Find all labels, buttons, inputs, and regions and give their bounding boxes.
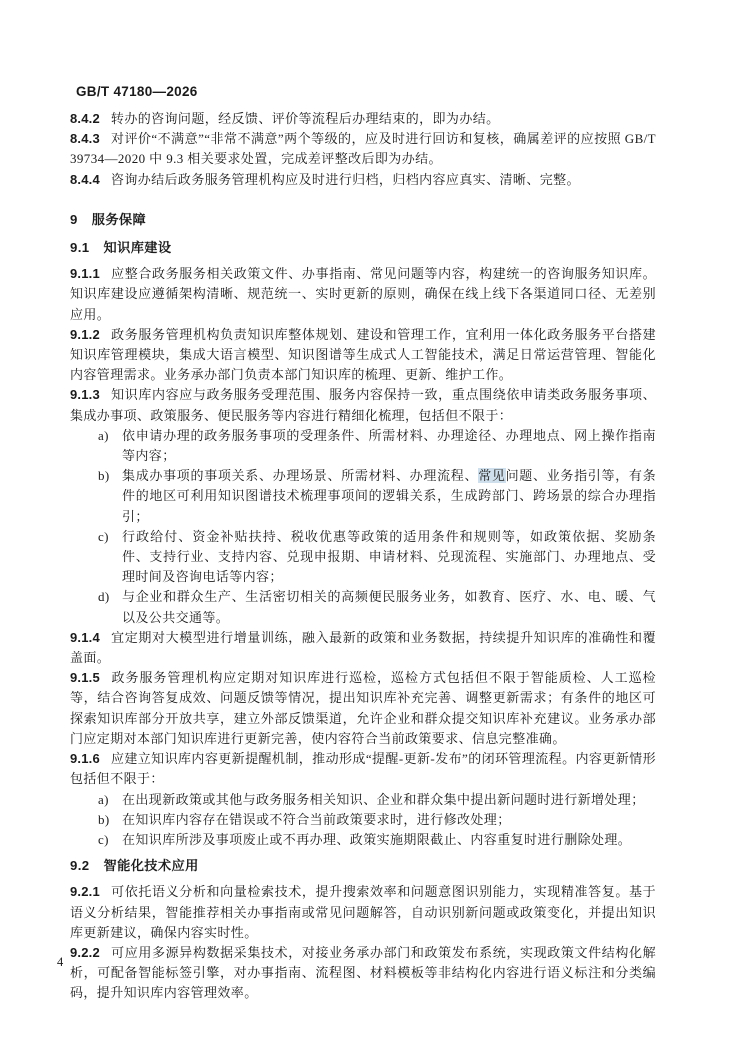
clause-9-1-1: 9.1.1应整合政务服务相关政策文件、办事指南、常见问题等内容，构建统一的咨询服…	[70, 264, 656, 325]
clause-number: 9.1.4	[70, 630, 100, 645]
list-item-9-1-3-b: b) 集成办事项的事项关系、办理场景、所需材料、办理流程、常见问题、业务指引等，…	[70, 466, 656, 527]
list-marker: d)	[98, 587, 122, 627]
clause-text: 咨询办结后政务服务管理机构应及时进行归档，归档内容应真实、清晰、完整。	[111, 172, 580, 187]
list-item-text: 集成办事项的事项关系、办理场景、所需材料、办理流程、常见问题、业务指引等，有条件…	[122, 466, 656, 527]
clause-9-1-5: 9.1.5政务服务管理机构应定期对知识库进行巡检，巡检方式包括但不限于智能质检、…	[70, 668, 656, 749]
clause-text: 应整合政务服务相关政策文件、办事指南、常见问题等内容，构建统一的咨询服务知识库。…	[70, 266, 656, 321]
list-item-9-1-3-d: d) 与企业和群众生产、生活密切相关的高频便民服务业务，如教育、医疗、水、电、暖…	[70, 587, 656, 627]
section-title: 服务保障	[92, 212, 146, 227]
clause-text: 宜定期对大模型进行增量训练，融入最新的政策和业务数据，持续提升知识库的准确性和覆…	[70, 630, 656, 665]
clause-number: 9.2.2	[70, 945, 100, 960]
list-item-9-1-3-a: a) 依申请办理的政务服务事项的受理条件、所需材料、办理途径、办理地点、网上操作…	[70, 426, 656, 466]
list-item-text: 行政给付、资金补贴扶持、税收优惠等政策的适用条件和规则等，如政策依据、奖励条件、…	[122, 527, 656, 588]
clause-text: 转办的咨询问题，经反馈、评价等流程后办理结束的，即为办结。	[111, 111, 500, 126]
list-marker: c)	[98, 830, 122, 850]
clause-9-1-4: 9.1.4宜定期对大模型进行增量训练，融入最新的政策和业务数据，持续提升知识库的…	[70, 628, 656, 668]
clause-number: 9.1.3	[70, 387, 100, 402]
clause-text: 政务服务管理机构应定期对知识库进行巡检，巡检方式包括但不限于智能质检、人工巡检等…	[70, 670, 656, 746]
clause-9-2-2: 9.2.2可应用多源异构数据采集技术，对接业务承办部门和政策发布系统，实现政策文…	[70, 943, 656, 1004]
clause-number: 9.1.5	[70, 670, 100, 685]
page-content: 8.4.2转办的咨询问题，经反馈、评价等流程后办理结束的，即为办结。 8.4.3…	[70, 109, 656, 1004]
list-marker: c)	[98, 527, 122, 588]
list-item-text-pre: 集成办事项的事项关系、办理场景、所需材料、办理流程、	[122, 468, 478, 483]
section-number: 9	[70, 212, 78, 227]
clause-number: 8.4.2	[70, 111, 100, 126]
clause-9-1-2: 9.1.2政务服务管理机构负责知识库整体规划、建设和管理工作，宜利用一体化政务服…	[70, 325, 656, 386]
section-heading-9-2: 9.2智能化技术应用	[70, 856, 656, 876]
clause-number: 9.1.6	[70, 751, 100, 766]
section-number: 9.2	[70, 858, 90, 873]
list-item-text: 与企业和群众生产、生活密切相关的高频便民服务业务，如教育、医疗、水、电、暖、气以…	[122, 587, 656, 627]
clause-number: 9.2.1	[70, 884, 100, 899]
list-item-9-1-6-b: b) 在知识库内容存在错误或不符合当前政策要求时，进行修改处理；	[70, 810, 656, 830]
list-item-text: 在出现新政策或其他与政务服务相关知识、企业和群众集中提出新问题时进行新增处理；	[122, 790, 656, 810]
clause-text: 可依托语义分析和向量检索技术，提升搜索效率和问题意图识别能力，实现精准答复。基于…	[70, 884, 656, 939]
search-highlight: 常见	[478, 468, 505, 483]
page-number: 4	[57, 955, 63, 970]
clause-8-4-2: 8.4.2转办的咨询问题，经反馈、评价等流程后办理结束的，即为办结。	[70, 109, 656, 129]
list-item-9-1-3-c: c) 行政给付、资金补贴扶持、税收优惠等政策的适用条件和规则等，如政策依据、奖励…	[70, 527, 656, 588]
clause-8-4-3: 8.4.3对评价“不满意”“非常不满意”两个等级的，应及时进行回访和复核，确属差…	[70, 129, 656, 169]
list-item-text: 在知识库内容存在错误或不符合当前政策要求时，进行修改处理；	[122, 810, 656, 830]
clause-text: 应建立知识库内容更新提醒机制，推动形成“提醒-更新-发布”的闭环管理流程。内容更…	[70, 751, 656, 786]
list-marker: b)	[98, 466, 122, 527]
clause-text: 可应用多源异构数据采集技术，对接业务承办部门和政策发布系统，实现政策文件结构化解…	[70, 945, 656, 1000]
clause-9-2-1: 9.2.1可依托语义分析和向量检索技术，提升搜索效率和问题意图识别能力，实现精准…	[70, 882, 656, 943]
list-item-9-1-6-c: c) 在知识库所涉及事项废止或不再办理、政策实施期限截止、内容重复时进行删除处理…	[70, 830, 656, 850]
clause-number: 9.1.1	[70, 266, 100, 281]
clause-text: 政务服务管理机构负责知识库整体规划、建设和管理工作，宜利用一体化政务服务平台搭建…	[70, 327, 656, 382]
section-title: 智能化技术应用	[104, 858, 199, 873]
list-item-text: 依申请办理的政务服务事项的受理条件、所需材料、办理途径、办理地点、网上操作指南等…	[122, 426, 656, 466]
list-item-text: 在知识库所涉及事项废止或不再办理、政策实施期限截止、内容重复时进行删除处理。	[122, 830, 656, 850]
list-marker: a)	[98, 426, 122, 466]
section-heading-9-1: 9.1知识库建设	[70, 238, 656, 258]
clause-8-4-4: 8.4.4咨询办结后政务服务管理机构应及时进行归档，归档内容应真实、清晰、完整。	[70, 170, 656, 190]
clause-number: 8.4.4	[70, 172, 100, 187]
section-number: 9.1	[70, 240, 90, 255]
section-title: 知识库建设	[104, 240, 172, 255]
section-heading-9: 9服务保障	[70, 210, 656, 230]
clause-number: 8.4.3	[70, 131, 100, 146]
clause-9-1-6: 9.1.6应建立知识库内容更新提醒机制，推动形成“提醒-更新-发布”的闭环管理流…	[70, 749, 656, 789]
clause-text: 对评价“不满意”“非常不满意”两个等级的，应及时进行回访和复核，确属差评的应按照…	[70, 131, 656, 166]
list-item-9-1-6-a: a) 在出现新政策或其他与政务服务相关知识、企业和群众集中提出新问题时进行新增处…	[70, 790, 656, 810]
clause-number: 9.1.2	[70, 327, 100, 342]
clause-9-1-3: 9.1.3知识库内容应与政务服务受理范围、服务内容保持一致，重点围绕依申请类政务…	[70, 385, 656, 425]
list-marker: a)	[98, 790, 122, 810]
document-page: GB/T 47180—2026 8.4.2转办的咨询问题，经反馈、评价等流程后办…	[0, 0, 734, 1040]
clause-text: 知识库内容应与政务服务受理范围、服务内容保持一致，重点围绕依申请类政务服务事项、…	[70, 387, 656, 422]
document-code-header: GB/T 47180—2026	[76, 84, 198, 99]
list-marker: b)	[98, 810, 122, 830]
